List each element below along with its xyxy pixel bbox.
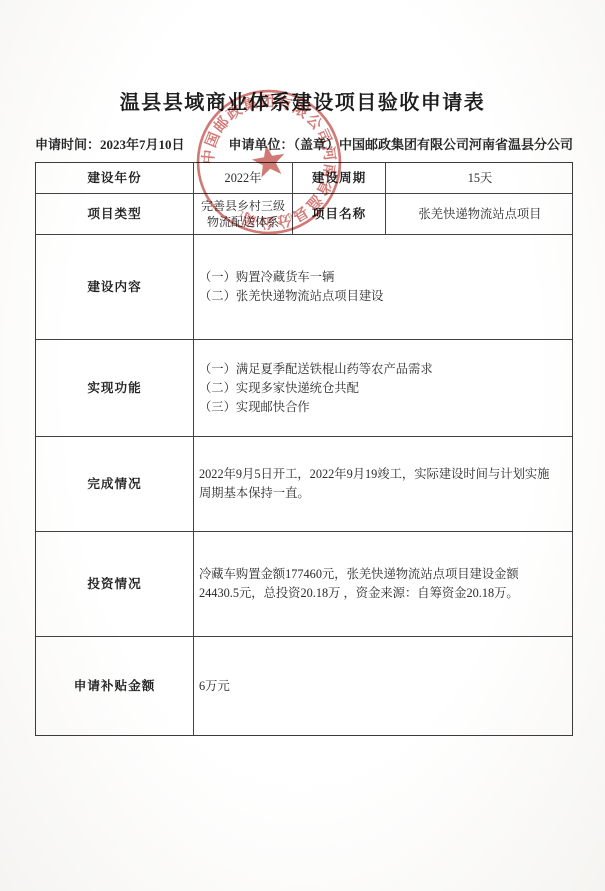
project-name-value: 张羌快递物流站点项目 [386, 194, 574, 234]
table-row-investment: 投资情况 冷藏车购置金额177460元，张羌快递物流站点项目建设金额 24430… [36, 532, 572, 637]
build-period-label: 建设周期 [293, 163, 386, 193]
build-content-value: （一）购置冷藏货车一辆 （二）张羌快递物流站点项目建设 [194, 235, 574, 339]
table-row-build-year: 建设年份 2022年 建设周期 15天 [36, 163, 572, 194]
project-name-label: 项目名称 [293, 194, 386, 234]
build-content-label: 建设内容 [36, 235, 194, 339]
table-row-project-type: 项目类型 完善县乡村三级 物流配送体系 项目名称 张羌快递物流站点项目 [36, 194, 572, 235]
content-line: 冷藏车购置金额177460元，张羌快递物流站点项目建设金额 [199, 565, 519, 584]
content-line: 6万元 [199, 677, 230, 696]
apply-unit-value: （盖章）中国邮政集团有限公司河南省温县分公司 [293, 137, 573, 152]
table-row-completion: 完成情况 2022年9月5日开工，2022年9月19竣工，实际建设时间与计划实施… [36, 437, 572, 532]
apply-time-value: 2023年7月10日 [100, 137, 185, 152]
document-page: 温县县域商业体系建设项目验收申请表 申请时间：2023年7月10日 申请单位：（… [0, 0, 605, 891]
functions-label: 实现功能 [36, 340, 194, 436]
investment-value: 冷藏车购置金额177460元，张羌快递物流站点项目建设金额 24430.5元，总… [194, 532, 574, 636]
project-type-label: 项目类型 [36, 194, 194, 234]
build-year-label: 建设年份 [36, 163, 194, 193]
meta-line: 申请时间：2023年7月10日 申请单位：（盖章）中国邮政集团有限公司河南省温县… [35, 134, 573, 153]
build-year-value: 2022年 [194, 163, 293, 193]
completion-value: 2022年9月5日开工，2022年9月19竣工，实际建设时间与计划实施 周期基本… [194, 437, 574, 531]
apply-time-label: 申请时间： [35, 137, 100, 152]
page-title: 温县县域商业体系建设项目验收申请表 [0, 86, 605, 115]
content-line: 周期基本保持一直。 [199, 484, 310, 503]
functions-value: （一）满足夏季配送铁棍山药等农产品需求 （二）实现多家快递统仓共配 （三）实现邮… [194, 340, 574, 436]
table-row-functions: 实现功能 （一）满足夏季配送铁棍山药等农产品需求 （二）实现多家快递统仓共配 （… [36, 340, 572, 437]
application-table: 建设年份 2022年 建设周期 15天 项目类型 完善县乡村三级 物流配送体系 … [35, 162, 573, 736]
apply-unit-label: 申请单位： [228, 137, 293, 152]
content-line: （三）实现邮快合作 [199, 398, 310, 417]
content-line: （一）购置冷藏货车一辆 [199, 268, 334, 287]
build-period-value: 15天 [386, 163, 574, 193]
table-row-subsidy: 申请补贴金额 6万元 [36, 637, 572, 735]
table-row-build-content: 建设内容 （一）购置冷藏货车一辆 （二）张羌快递物流站点项目建设 [36, 235, 572, 340]
content-line: （一）满足夏季配送铁棍山药等农产品需求 [199, 360, 433, 379]
apply-unit: 申请单位：（盖章）中国邮政集团有限公司河南省温县分公司 [228, 134, 573, 153]
completion-label: 完成情况 [36, 437, 194, 531]
investment-label: 投资情况 [36, 532, 194, 636]
project-type-value: 完善县乡村三级 物流配送体系 [194, 194, 293, 234]
subsidy-label: 申请补贴金额 [36, 637, 194, 735]
content-line: 2022年9月5日开工，2022年9月19竣工，实际建设时间与计划实施 [199, 465, 549, 484]
content-line: （二）张羌快递物流站点项目建设 [199, 287, 383, 306]
content-line: （二）实现多家快递统仓共配 [199, 379, 359, 398]
apply-time: 申请时间：2023年7月10日 [35, 134, 185, 153]
content-line: 24430.5元，总投资20.18万 ，资金来源：自筹资金20.18万。 [199, 584, 519, 603]
subsidy-value: 6万元 [194, 637, 574, 735]
